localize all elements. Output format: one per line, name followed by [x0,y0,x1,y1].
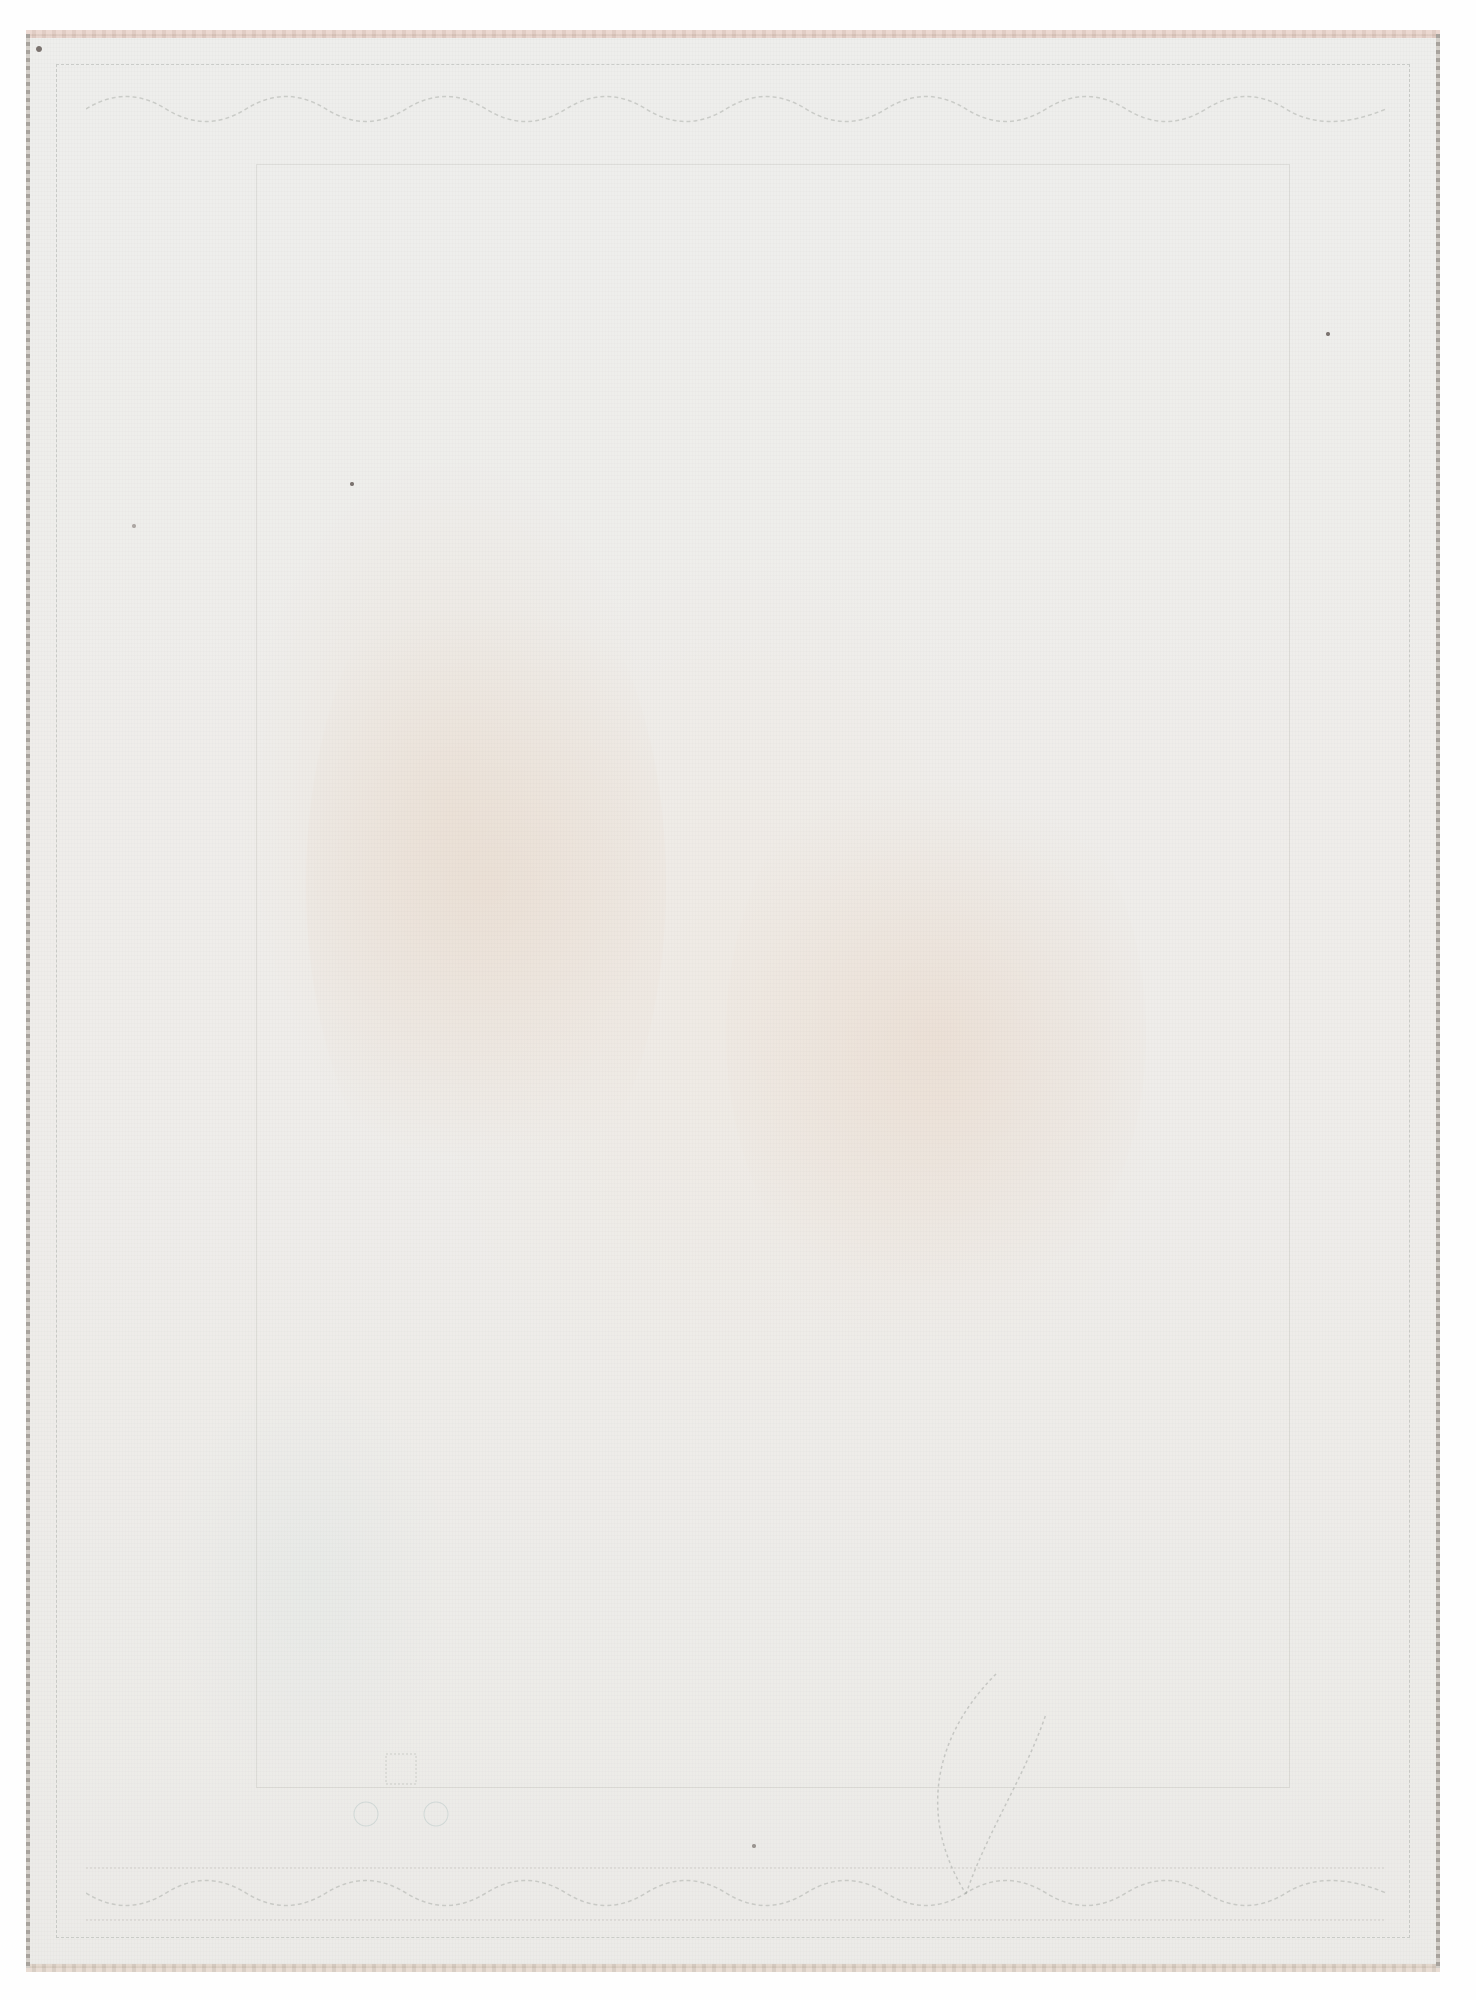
rug [26,34,1440,1968]
rug-spot [752,1844,756,1848]
rug-spot [132,524,136,528]
rug-bottom-edge [26,1964,1440,1972]
rug-bottom-border-pattern [86,1858,1386,1928]
rug-floral-motif [326,1714,486,1874]
rug-spot [350,482,354,486]
product-photo [0,0,1476,2000]
rug-right-binding [1436,34,1440,1968]
rug-left-binding [26,34,30,1968]
rug-floral-motif [876,1654,1076,1914]
rug-top-border-pattern [86,74,1386,144]
rug-spot [36,46,42,52]
rug-medallion-trace [306,534,666,1234]
rug-medallion-trace [726,734,1146,1334]
rug-spot [1326,332,1330,336]
rug-top-edge [26,30,1440,38]
